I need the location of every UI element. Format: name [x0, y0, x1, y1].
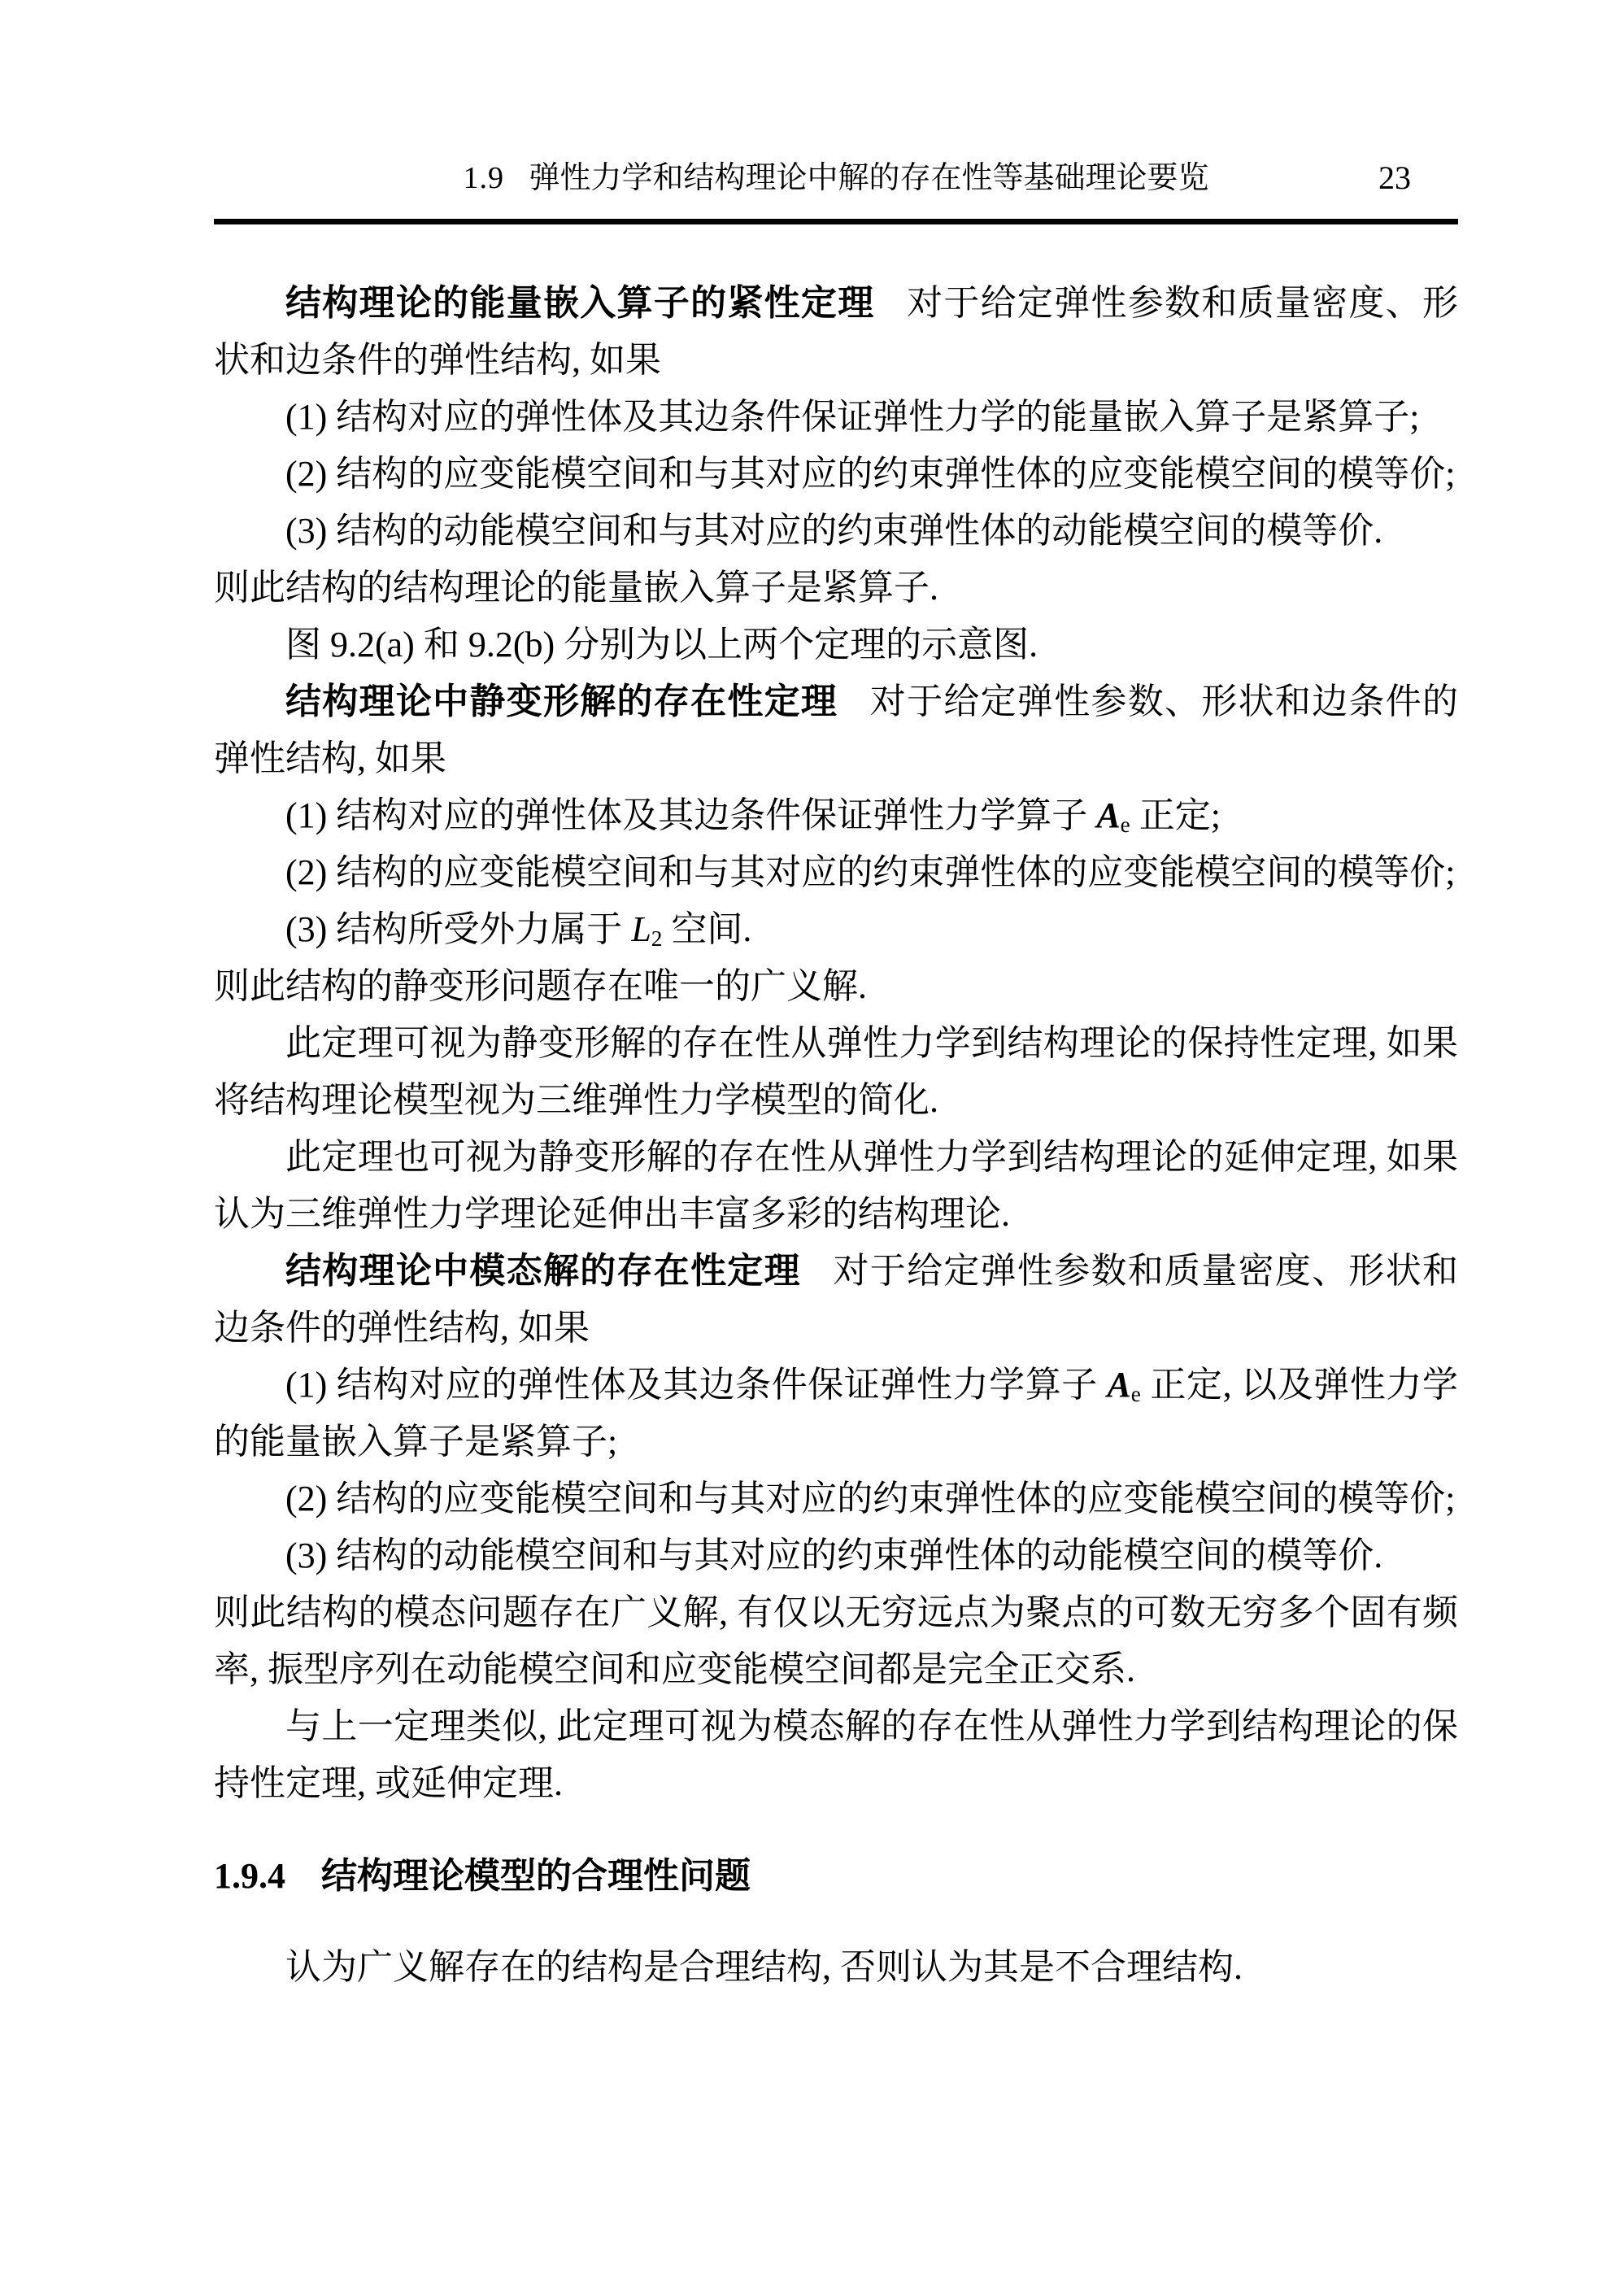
- text-segment: 则此结构的静变形问题存在唯一的广义解.: [214, 966, 867, 1006]
- text-segment: (1) 结构对应的弹性体及其边条件保证弹性力学算子: [285, 795, 1096, 835]
- section-heading: 1.9.4结构理论模型的合理性问题: [214, 1848, 1458, 1905]
- text-segment: 图 9.2(a) 和 9.2(b) 分别为以上两个定理的示意图.: [285, 625, 1038, 664]
- text-segment: 空间.: [662, 909, 751, 949]
- text-segment: 此定理也可视为静变形解的存在性从弹性力学到结构理论的延伸定理, 如果认为三维弹性…: [214, 1137, 1458, 1234]
- running-header-text: 1.9弹性力学和结构理论中解的存在性等基础理论要览: [214, 158, 1458, 198]
- paragraph: (2) 结构的应变能模空间和与其对应的约束弹性体的应变能模空间的模等价;: [214, 844, 1458, 901]
- paragraph: (1) 结构对应的弹性体及其边条件保证弹性力学的能量嵌入算子是紧算子;: [214, 389, 1458, 446]
- running-header: 1.9弹性力学和结构理论中解的存在性等基础理论要览 23: [214, 158, 1458, 198]
- theorem-title: 结构理论中模态解的存在性定理: [285, 1251, 801, 1291]
- paragraph: 则此结构的结构理论的能量嵌入算子是紧算子.: [214, 560, 1458, 616]
- math-subscript: 2: [651, 926, 663, 951]
- paragraph: (3) 结构的动能模空间和与其对应的约束弹性体的动能模空间的模等价.: [214, 1527, 1458, 1584]
- paragraph: 认为广义解存在的结构是合理结构, 否则认为其是不合理结构.: [214, 1939, 1458, 1996]
- math-variable: A: [1096, 795, 1120, 835]
- math-subscript: e: [1131, 1382, 1141, 1406]
- text-segment: 与上一定理类似, 此定理可视为模态解的存在性从弹性力学到结构理论的保持性定理, …: [214, 1706, 1458, 1803]
- header-section-label: 1.9: [464, 161, 505, 195]
- paragraph: (1) 结构对应的弹性体及其边条件保证弹性力学算子 Ae 正定;: [214, 787, 1458, 844]
- math-variable: A: [1107, 1365, 1130, 1405]
- theorem-title: 结构理论中静变形解的存在性定理: [285, 682, 838, 721]
- paragraph: (2) 结构的应变能模空间和与其对应的约束弹性体的应变能模空间的模等价;: [214, 1470, 1458, 1527]
- header-rule: [214, 219, 1458, 224]
- section-heading-number: 1.9.4: [214, 1856, 285, 1896]
- text-segment: (2) 结构的应变能模空间和与其对应的约束弹性体的应变能模空间的模等价;: [285, 1479, 1456, 1518]
- paragraph: (1) 结构对应的弹性体及其边条件保证弹性力学算子 Ae 正定, 以及弹性力学的…: [214, 1357, 1458, 1470]
- text-segment: (2) 结构的应变能模空间和与其对应的约束弹性体的应变能模空间的模等价;: [285, 852, 1456, 892]
- paragraph: 图 9.2(a) 和 9.2(b) 分别为以上两个定理的示意图.: [214, 616, 1458, 673]
- math-subscript: e: [1121, 813, 1130, 837]
- text-segment: (2) 结构的应变能模空间和与其对应的约束弹性体的应变能模空间的模等价;: [285, 454, 1456, 494]
- text-segment: 则此结构的结构理论的能量嵌入算子是紧算子.: [214, 568, 938, 608]
- text-segment: (3) 结构的动能模空间和与其对应的约束弹性体的动能模空间的模等价.: [285, 1536, 1382, 1575]
- text-segment: (3) 结构的动能模空间和与其对应的约束弹性体的动能模空间的模等价.: [285, 511, 1382, 551]
- book-page: 1.9弹性力学和结构理论中解的存在性等基础理论要览 23 结构理论的能量嵌入算子…: [0, 0, 1624, 2296]
- text-segment: 正定;: [1130, 795, 1221, 835]
- theorem-title: 结构理论的能量嵌入算子的紧性定理: [285, 283, 874, 323]
- text-segment: (1) 结构对应的弹性体及其边条件保证弹性力学算子: [285, 1365, 1107, 1405]
- paragraph: (2) 结构的应变能模空间和与其对应的约束弹性体的应变能模空间的模等价;: [214, 446, 1458, 503]
- paragraph: (3) 结构所受外力属于 L2 空间.: [214, 901, 1458, 958]
- text-segment: (3) 结构所受外力属于: [285, 909, 631, 949]
- paragraph: 则此结构的静变形问题存在唯一的广义解.: [214, 958, 1458, 1015]
- text-segment: 认为广义解存在的结构是合理结构, 否则认为其是不合理结构.: [285, 1947, 1243, 1987]
- page-number: 23: [1378, 158, 1411, 198]
- paragraph: 则此结构的模态问题存在广义解, 有仅以无穷远点为聚点的可数无穷多个固有频率, 振…: [214, 1584, 1458, 1698]
- body-content: 结构理论的能量嵌入算子的紧性定理对于给定弹性参数和质量密度、形状和边条件的弹性结…: [214, 275, 1458, 1996]
- paragraph: (3) 结构的动能模空间和与其对应的约束弹性体的动能模空间的模等价.: [214, 503, 1458, 560]
- section-heading-title: 结构理论模型的合理性问题: [321, 1856, 751, 1896]
- paragraph: 结构理论中静变形解的存在性定理对于给定弹性参数、形状和边条件的弹性结构, 如果: [214, 673, 1458, 787]
- text-segment: 则此结构的模态问题存在广义解, 有仅以无穷远点为聚点的可数无穷多个固有频率, 振…: [214, 1592, 1458, 1689]
- text-segment: 此定理可视为静变形解的存在性从弹性力学到结构理论的保持性定理, 如果将结构理论模…: [214, 1023, 1458, 1120]
- header-title: 弹性力学和结构理论中解的存在性等基础理论要览: [529, 161, 1208, 195]
- paragraph: 此定理也可视为静变形解的存在性从弹性力学到结构理论的延伸定理, 如果认为三维弹性…: [214, 1129, 1458, 1243]
- paragraph: 此定理可视为静变形解的存在性从弹性力学到结构理论的保持性定理, 如果将结构理论模…: [214, 1015, 1458, 1129]
- paragraph: 与上一定理类似, 此定理可视为模态解的存在性从弹性力学到结构理论的保持性定理, …: [214, 1698, 1458, 1812]
- paragraph: 结构理论的能量嵌入算子的紧性定理对于给定弹性参数和质量密度、形状和边条件的弹性结…: [214, 275, 1458, 389]
- math-variable: L: [631, 909, 651, 949]
- text-segment: (1) 结构对应的弹性体及其边条件保证弹性力学的能量嵌入算子是紧算子;: [285, 397, 1420, 437]
- paragraph: 结构理论中模态解的存在性定理对于给定弹性参数和质量密度、形状和边条件的弹性结构,…: [214, 1243, 1458, 1357]
